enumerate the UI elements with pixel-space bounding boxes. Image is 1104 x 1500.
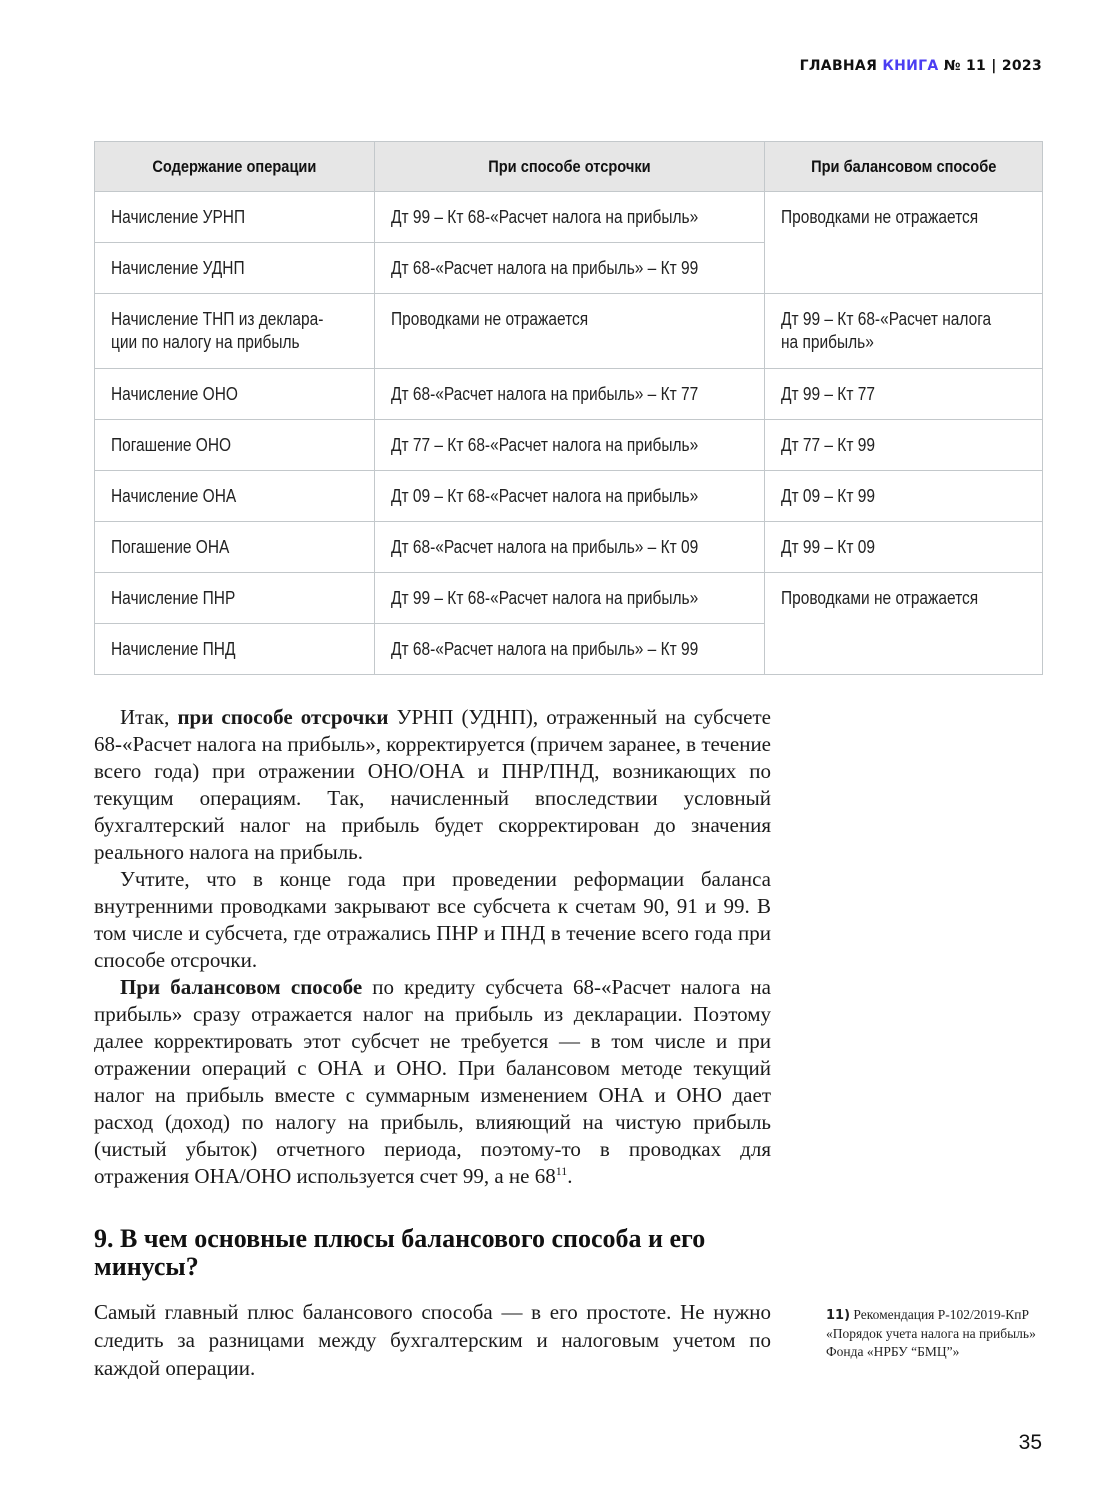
cell-operation: Погашение ОНО [95,420,375,471]
cell-deferral: Дт 99 – Кт 68-«Расчет налога на прибыль» [374,192,764,243]
cell-operation: Начисление ПНР [95,573,375,624]
table-row: Начисление ПНР Дт 99 – Кт 68-«Расчет нал… [95,573,1043,624]
column-header-deferral: При способе отсрочки [374,142,764,192]
cell-balance: Дт 99 – Кт 77 [765,369,1042,420]
brand-name-accent: КНИГА [882,58,938,74]
cell-operation: Погашение ОНА [95,522,375,573]
cell-operation: Начисление ОНО [95,369,375,420]
cell-balance: Дт 99 – Кт 68-«Расчет налога на прибыль» [765,294,1042,369]
cell-deferral: Дт 68-«Расчет налога на прибыль» – Кт 99 [374,243,764,294]
page-number: 35 [1019,1431,1042,1455]
cell-balance: Дт 99 – Кт 09 [765,522,1042,573]
emphasis: при способе отсрочки [177,705,388,729]
cell-deferral: Проводками не отражается [374,294,764,369]
table-row: Погашение ОНО Дт 77 – Кт 68-«Расчет нало… [95,420,1043,471]
table-row: Начисление ОНА Дт 09 – Кт 68-«Расчет нал… [95,471,1043,522]
column-header-operation: Содержание операции [95,142,375,192]
issue-number: № 11 | 2023 [944,58,1042,74]
cell-deferral: Дт 77 – Кт 68-«Расчет налога на прибыль» [374,420,764,471]
cell-operation: Начисление УРНП [95,192,375,243]
table-row: Начисление ТНП из деклара- ции по налогу… [95,294,1043,369]
footnote-number: 11) [826,1308,850,1323]
footnote: 11) Рекомендация Р-102/2019-КпР «Порядок… [826,1306,1041,1361]
cell-operation: Начисление ОНА [95,471,375,522]
table-row: Начисление ОНО Дт 68-«Расчет налога на п… [95,369,1043,420]
cell-deferral: Дт 99 – Кт 68-«Расчет налога на прибыль» [374,573,764,624]
table-header-row: Содержание операции При способе отсрочки… [95,142,1043,192]
cell-deferral: Дт 09 – Кт 68-«Расчет налога на прибыль» [374,471,764,522]
cell-deferral: Дт 68-«Расчет налога на прибыль» – Кт 77 [374,369,764,420]
cell-operation: Начисление УДНП [95,243,375,294]
paragraph-deferral: Итак, при способе отсрочки УРНП (УДНП), … [94,704,771,866]
brand-name: ГЛАВНАЯ [800,58,878,74]
cell-balance: Проводками не отражается [765,192,1042,294]
operations-table: Содержание операции При способе отсрочки… [94,141,1043,675]
body-text: Итак, при способе отсрочки УРНП (УДНП), … [94,704,771,1190]
section-heading: 9. В чем основные плюсы балансового спос… [94,1225,774,1281]
cell-operation: Начисление ПНД [95,624,375,675]
paragraph-balance: При балансовом способе по кредиту субсче… [94,974,771,1190]
cell-balance: Проводками не отражается [765,573,1042,675]
table-row: Погашение ОНА Дт 68-«Расчет налога на пр… [95,522,1043,573]
cell-deferral: Дт 68-«Расчет налога на прибыль» – Кт 99 [374,624,764,675]
cell-operation: Начисление ТНП из деклара- ции по налогу… [95,294,375,369]
section-intro: Самый главный плюс балансового способа —… [94,1298,771,1382]
footnote-ref[interactable]: 11 [556,1164,568,1178]
running-head: ГЛАВНАЯ КНИГА № 11 | 2023 [800,58,1042,74]
cell-deferral: Дт 68-«Расчет налога на прибыль» – Кт 09 [374,522,764,573]
footnote-text: Рекомендация Р-102/2019-КпР «Порядок уче… [826,1307,1036,1359]
emphasis: При балансовом способе [120,975,362,999]
cell-balance: Дт 09 – Кт 99 [765,471,1042,522]
column-header-balance: При балансовом способе [765,142,1042,192]
paragraph-reformation: Учтите, что в конце года при проведении … [94,866,771,974]
table-row: Начисление УРНП Дт 99 – Кт 68-«Расчет на… [95,192,1043,243]
cell-balance: Дт 77 – Кт 99 [765,420,1042,471]
